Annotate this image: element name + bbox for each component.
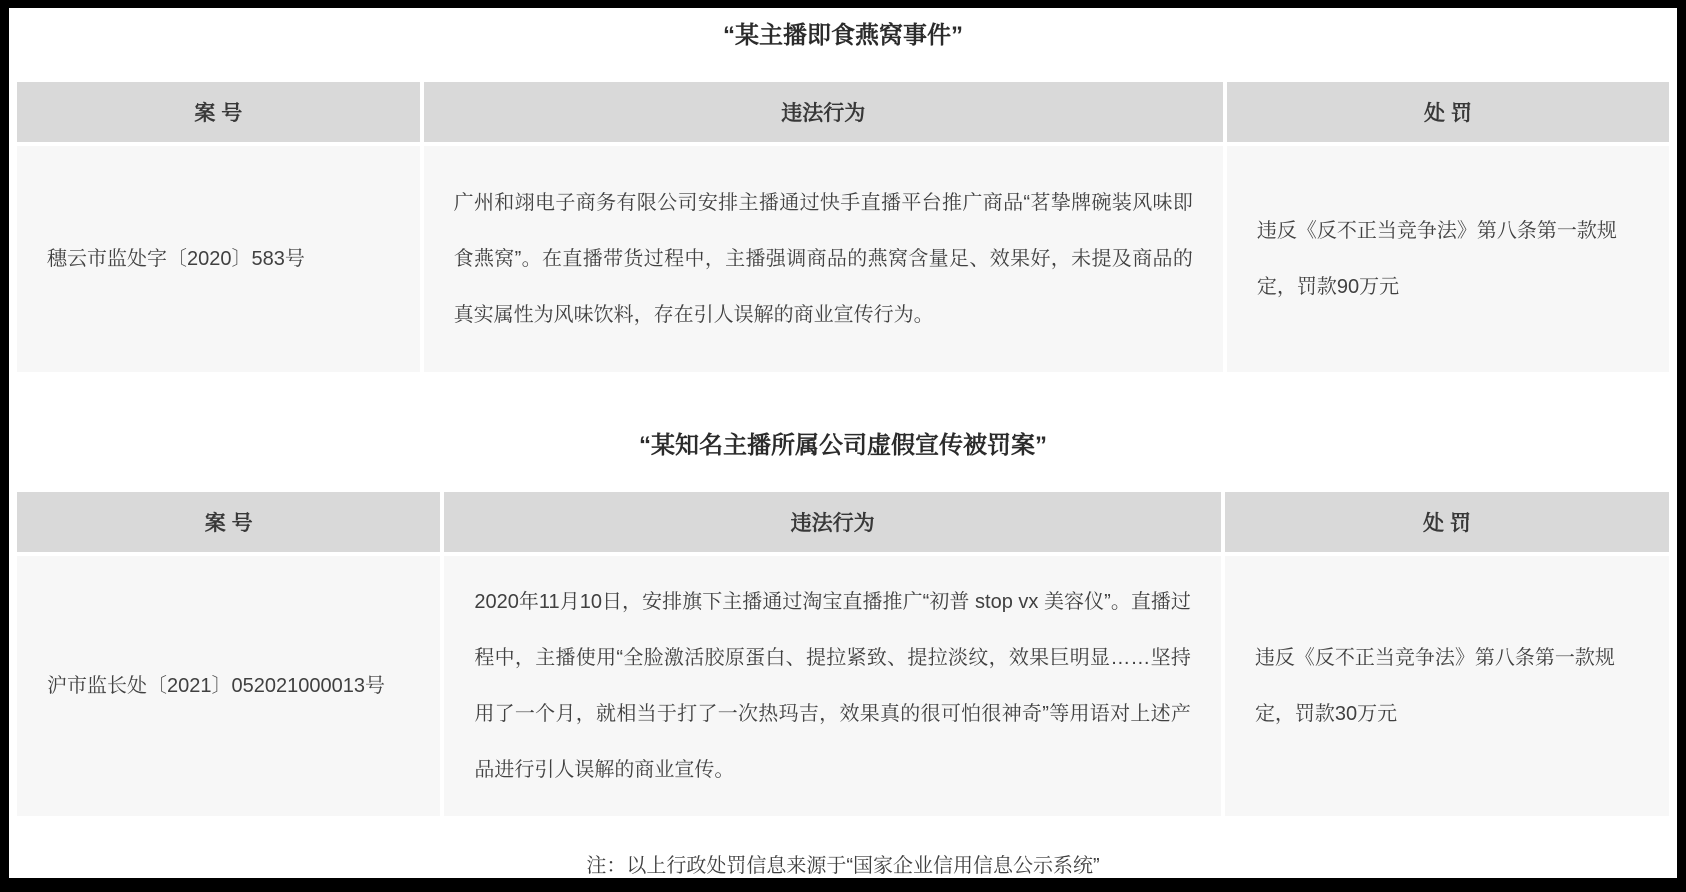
table2-cell-case-no: 沪市监长处〔2021〕052021000013号 xyxy=(17,556,440,816)
table2-cell-violation: 2020年11月10日，安排旗下主播通过淘宝直播推广“初普 stop vx 美容… xyxy=(444,556,1221,816)
section-title-1: “某主播即食燕窝事件” xyxy=(17,20,1669,52)
table1-header-case-no: 案 号 xyxy=(17,82,420,142)
table2-header-penalty: 处 罚 xyxy=(1225,492,1669,552)
case-no-text: 穗云市监处字〔2020〕583号 xyxy=(47,231,390,287)
section-false-advertising-case: “某知名主播所属公司虚假宣传被罚案” 案 号 违法行为 处 罚 沪市监长处〔20… xyxy=(17,430,1669,816)
table2-header-violation: 违法行为 xyxy=(444,492,1221,552)
case-no-text: 沪市监长处〔2021〕052021000013号 xyxy=(47,658,410,714)
document-page: “某主播即食燕窝事件” 案 号 违法行为 处 罚 穗云市监处字〔2020〕583… xyxy=(9,8,1677,878)
section-title-2: “某知名主播所属公司虚假宣传被罚案” xyxy=(17,430,1669,462)
screenshot-frame: “某主播即食燕窝事件” 案 号 违法行为 处 罚 穗云市监处字〔2020〕583… xyxy=(0,0,1686,892)
source-note: 注：以上行政处罚信息来源于“国家企业信用信息公示系统” xyxy=(17,852,1669,878)
table1-cell-case-no: 穗云市监处字〔2020〕583号 xyxy=(17,146,420,372)
penalty-text: 违反《反不正当竞争法》第八条第一款规定，罚款90万元 xyxy=(1257,203,1639,315)
penalty-text: 违反《反不正当竞争法》第八条第一款规定，罚款30万元 xyxy=(1255,630,1639,742)
table1-cell-penalty: 违反《反不正当竞争法》第八条第一款规定，罚款90万元 xyxy=(1227,146,1669,372)
section-instant-birds-nest: “某主播即食燕窝事件” 案 号 违法行为 处 罚 穗云市监处字〔2020〕583… xyxy=(17,20,1669,372)
table1-header-violation: 违法行为 xyxy=(424,82,1223,142)
violation-text: 广州和翊电子商务有限公司安排主播通过快手直播平台推广商品“茗挚牌碗装风味即食燕窝… xyxy=(454,175,1193,343)
table1-header-penalty: 处 罚 xyxy=(1227,82,1669,142)
violation-text: 2020年11月10日，安排旗下主播通过淘宝直播推广“初普 stop vx 美容… xyxy=(474,574,1191,798)
penalty-table-2: 案 号 违法行为 处 罚 沪市监长处〔2021〕052021000013号 20… xyxy=(17,492,1669,816)
penalty-table-1: 案 号 违法行为 处 罚 穗云市监处字〔2020〕583号 广州和翊电子商务有限… xyxy=(17,82,1669,372)
table2-header-case-no: 案 号 xyxy=(17,492,440,552)
table1-cell-violation: 广州和翊电子商务有限公司安排主播通过快手直播平台推广商品“茗挚牌碗装风味即食燕窝… xyxy=(424,146,1223,372)
table2-cell-penalty: 违反《反不正当竞争法》第八条第一款规定，罚款30万元 xyxy=(1225,556,1669,816)
